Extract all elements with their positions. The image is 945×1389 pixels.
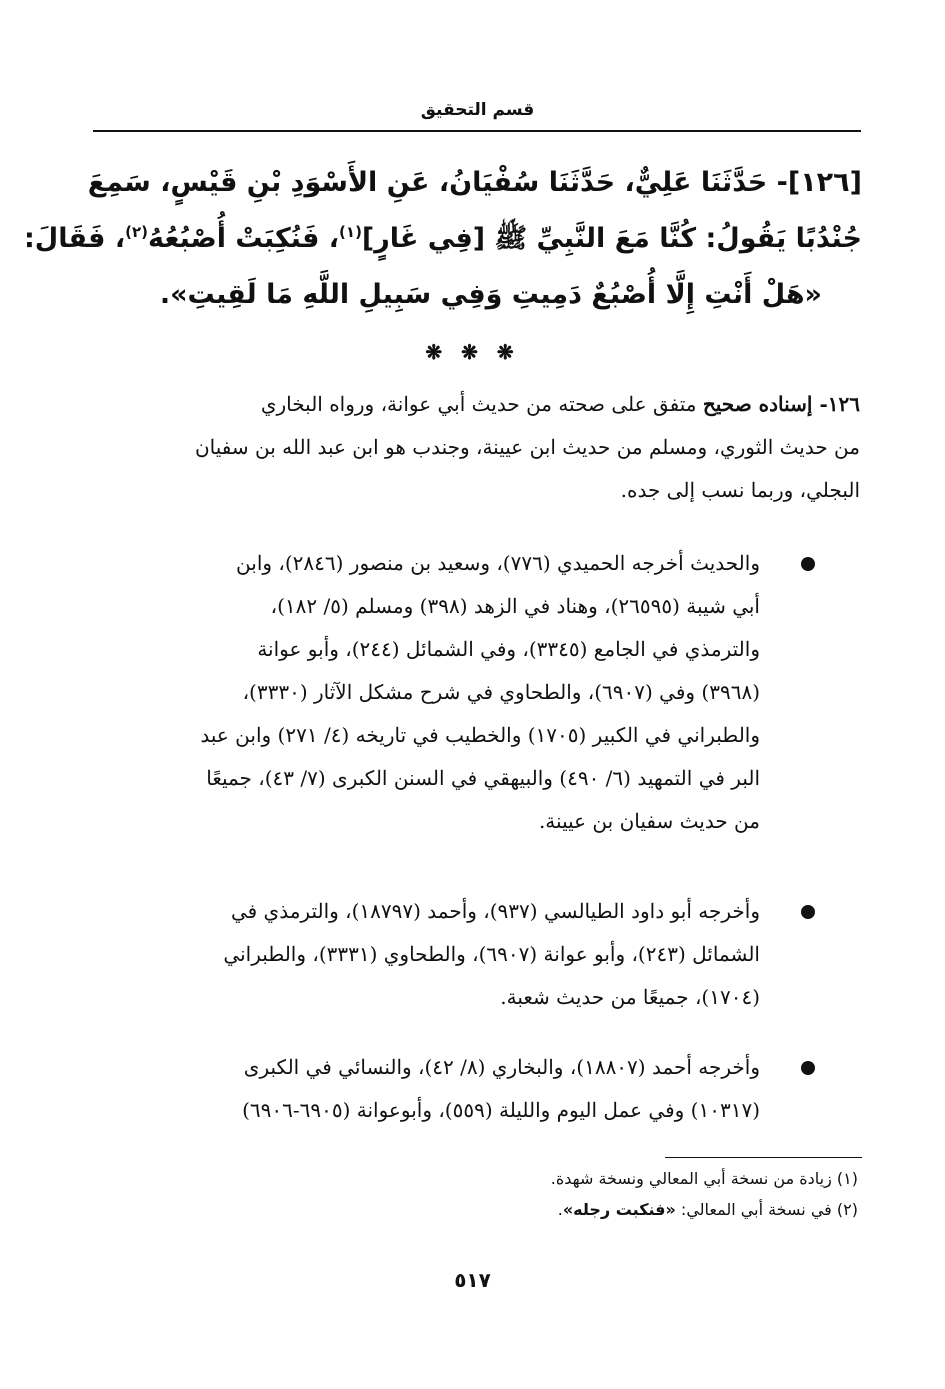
commentary-line-2: من حديث الثوري، ومسلم من حديث ابن عيينة،… (88, 426, 860, 469)
footnote-1: (١) زيادة من نسخة أبي المعالي ونسخة شهدة… (440, 1163, 858, 1194)
hadith-line-2-c: ، فَقَالَ: (24, 223, 125, 254)
commentary-paragraph: ١٢٦- إسناده صحيح متفق على صحته من حديث أ… (88, 383, 860, 512)
footnote-2: (٢) في نسخة أبي المعالي: «فنكبت رجله». (440, 1194, 858, 1225)
takhrij-bullet-1: والحديث أخرجه الحميدي (٧٧٦)، وسعيد بن من… (88, 542, 860, 843)
bullet-line: أبي شيبة (٢٦٥٩٥)، وهناد في الزهد (٣٩٨) و… (88, 585, 760, 628)
bullet-text: وأخرجه أحمد (١٨٨٠٧)، والبخاري (٨/ ٤٢)، و… (88, 1046, 760, 1132)
commentary-number: ١٢٦- (813, 392, 861, 416)
hadith-text: [١٢٦]- حَدَّثَنَا عَلِيٌّ، حَدَّثَنَا سُ… (92, 155, 862, 323)
footnote-variant-reading: «فنكبت رجله» (563, 1200, 676, 1219)
footnote-text: في نسخة أبي المعالي: (676, 1200, 832, 1219)
footnote-marker: (١) (837, 1169, 858, 1188)
bullet-line: البر في التمهيد (٦/ ٤٩٠) والبيهقي في الس… (88, 757, 760, 800)
footnote-ref-2[interactable]: (٢) (125, 223, 148, 241)
bullet-icon (801, 1061, 815, 1075)
takhrij-bullet-2: وأخرجه أبو داود الطيالسي (٩٣٧)، وأحمد (١… (88, 890, 860, 1019)
footnote-rule (665, 1157, 862, 1158)
page-number: ٥١٧ (0, 1268, 945, 1292)
hadith-line-2-a: جُنْدُبًا يَقُولُ: كُنَّا مَعَ النَّبِيِ… (362, 223, 862, 254)
takhrij-bullet-3: وأخرجه أحمد (١٨٨٠٧)، والبخاري (٨/ ٤٢)، و… (88, 1046, 860, 1132)
footnote-ref-1[interactable]: (١) (339, 223, 362, 241)
running-title: قسم التحقيق (95, 96, 860, 124)
book-page: قسم التحقيق [١٢٦]- حَدَّثَنَا عَلِيٌّ، ح… (0, 0, 945, 1389)
bullet-line: من حديث سفيان بن عيينة. (88, 800, 760, 843)
bullet-text: وأخرجه أبو داود الطيالسي (٩٣٧)، وأحمد (١… (88, 890, 760, 1019)
bullet-line: والحديث أخرجه الحميدي (٧٧٦)، وسعيد بن من… (88, 542, 760, 585)
footnote-marker: (٢) (837, 1200, 858, 1219)
hadith-line-2: جُنْدُبًا يَقُولُ: كُنَّا مَعَ النَّبِيِ… (92, 211, 862, 267)
bullet-line: وأخرجه أحمد (١٨٨٠٧)، والبخاري (٨/ ٤٢)، و… (88, 1046, 760, 1089)
bullet-line: (١٠٣١٧) وفي عمل اليوم والليلة (٥٥٩)، وأب… (88, 1089, 760, 1132)
bullet-icon (801, 905, 815, 919)
hadith-line-3: «هَلْ أَنْتِ إِلَّا أُصْبُعٌ دَمِيتِ وَف… (92, 267, 862, 323)
bullet-line: الشمائل (٢٤٣)، وأبو عوانة (٦٩٠٧)، والطحا… (88, 933, 760, 976)
header-rule (93, 130, 861, 132)
bullet-icon (801, 557, 815, 571)
bullet-line: والترمذي في الجامع (٣٣٤٥)، وفي الشمائل (… (88, 628, 760, 671)
commentary-line-3: البجلي، وربما نسب إلى جده. (88, 469, 860, 512)
hadith-line-2-b: ، فَنُكِبَتْ أُصْبُعُهُ (148, 223, 339, 254)
bullet-line: والطبراني في الكبير (١٧٠٥) والخطيب في تا… (88, 714, 760, 757)
bullet-line: (١٧٠٤)، جميعًا من حديث شعبة. (88, 976, 760, 1019)
section-separator: ❋ ❋ ❋ (0, 340, 945, 364)
hadith-line-1: [١٢٦]- حَدَّثَنَا عَلِيٌّ، حَدَّثَنَا سُ… (92, 155, 862, 211)
bullet-line: وأخرجه أبو داود الطيالسي (٩٣٧)، وأحمد (١… (88, 890, 760, 933)
bullet-line: (٣٩٦٨) وفي (٦٩٠٧)، والطحاوي في شرح مشكل … (88, 671, 760, 714)
bullet-text: والحديث أخرجه الحميدي (٧٧٦)، وسعيد بن من… (88, 542, 760, 843)
footnotes: (١) زيادة من نسخة أبي المعالي ونسخة شهدة… (440, 1163, 858, 1225)
footnote-text: زيادة من نسخة أبي المعالي ونسخة شهدة. (551, 1169, 832, 1188)
commentary-line-1: ١٢٦- إسناده صحيح متفق على صحته من حديث أ… (88, 383, 860, 426)
commentary-line-1-rest: متفق على صحته من حديث أبي عوانة، ورواه ا… (261, 392, 703, 416)
commentary-grading: إسناده صحيح (703, 392, 813, 416)
